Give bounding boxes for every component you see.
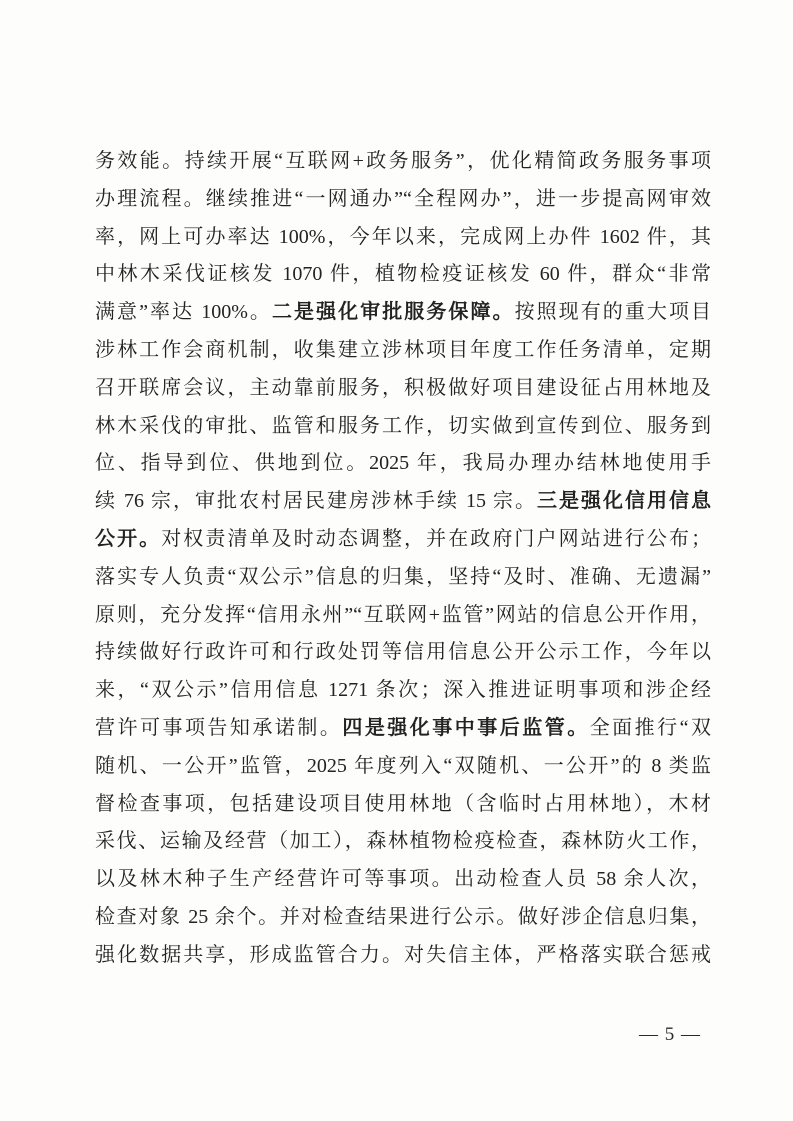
text-line: 公开。对权责清单及时动态调整，并在政府门户网站进行公布；: [95, 521, 711, 559]
text-line: 中林木采伐证核发 1070 件，植物检疫证核发 60 件，群众“非常: [95, 256, 711, 294]
text-segment: 随机、一公开”监管，2025 年度列入“双随机、一公开”的 8 类监: [95, 755, 711, 777]
text-segment: 落实专人负责“双公示”信息的归集，坚持“及时、准确、无遗漏”: [95, 566, 711, 588]
text-segment: 全面推行“双: [590, 717, 711, 739]
text-segment: 采伐、运输及经营（加工），森林植物检疫检查，森林防火工作，: [95, 830, 711, 852]
text-segment: 以及林木种子生产经营许可等事项。出动检查人员 58 余人次，: [95, 868, 711, 890]
text-line: 涉林工作会商机制，收集建立涉林项目年度工作任务清单，定期: [95, 332, 711, 370]
page-number: — 5 —: [639, 1022, 701, 1048]
bold-heading-segment: 四是强化事中事后监管。: [342, 717, 589, 739]
text-line: 持续做好行政许可和行政处罚等信用信息公开公示工作，今年以: [95, 634, 711, 672]
text-segment: 来，“双公示”信用信息 1271 条次；深入推进证明事项和涉企经: [95, 679, 711, 701]
text-segment: 涉林工作会商机制，收集建立涉林项目年度工作任务清单，定期: [95, 339, 711, 361]
text-line: 位、指导到位、供地到位。2025 年，我局办理办结林地使用手: [95, 445, 711, 483]
text-segment: 办理流程。继续推进“一网通办”“全程网办”，进一步提高网审效: [95, 188, 711, 210]
bold-heading-segment: 二是强化审批服务保障。: [272, 301, 515, 323]
text-segment: 中林木采伐证核发 1070 件，植物检疫证核发 60 件，群众“非常: [95, 263, 711, 285]
text-segment: 位、指导到位、供地到位。2025 年，我局办理办结林地使用手: [95, 452, 711, 474]
text-segment: 满意”率达 100%。: [95, 301, 272, 323]
document-body-text: 务效能。持续开展“互联网+政务服务”，优化精简政务服务事项办理流程。继续推进“一…: [95, 143, 711, 975]
text-line: 营许可事项告知承诺制。四是强化事中事后监管。全面推行“双: [95, 710, 711, 748]
text-line: 原则，充分发挥“信用永州”“互联网+监管”网站的信息公开作用，: [95, 597, 711, 635]
text-segment: 率，网上可办率达 100%，今年以来，完成网上办件 1602 件，其: [95, 226, 711, 248]
document-page: 务效能。持续开展“互联网+政务服务”，优化精简政务服务事项办理流程。继续推进“一…: [0, 0, 793, 1121]
text-line: 续 76 宗，审批农村居民建房涉林手续 15 宗。三是强化信用信息: [95, 483, 711, 521]
text-line: 采伐、运输及经营（加工），森林植物检疫检查，森林防火工作，: [95, 823, 711, 861]
text-line: 满意”率达 100%。二是强化审批服务保障。按照现有的重大项目: [95, 294, 711, 332]
text-segment: 营许可事项告知承诺制。: [95, 717, 342, 739]
text-segment: 按照现有的重大项目: [515, 301, 711, 323]
text-segment: 原则，充分发挥“信用永州”“互联网+监管”网站的信息公开作用，: [95, 604, 711, 626]
text-line: 以及林木种子生产经营许可等事项。出动检查人员 58 余人次，: [95, 861, 711, 899]
text-line: 随机、一公开”监管，2025 年度列入“双随机、一公开”的 8 类监: [95, 748, 711, 786]
text-line: 督检查事项，包括建设项目使用林地（含临时占用林地），木材: [95, 786, 711, 824]
text-segment: 续 76 宗，审批农村居民建房涉林手续 15 宗。: [95, 490, 537, 512]
text-line: 强化数据共享，形成监管合力。对失信主体，严格落实联合惩戒: [95, 937, 711, 975]
text-segment: 持续做好行政许可和行政处罚等信用信息公开公示工作，今年以: [95, 641, 711, 663]
text-line: 办理流程。继续推进“一网通办”“全程网办”，进一步提高网审效: [95, 181, 711, 219]
text-segment: 召开联席会议，主动靠前服务，积极做好项目建设征占用林地及: [95, 377, 711, 399]
text-line: 来，“双公示”信用信息 1271 条次；深入推进证明事项和涉企经: [95, 672, 711, 710]
text-segment: 督检查事项，包括建设项目使用林地（含临时占用林地），木材: [95, 793, 711, 815]
text-line: 林木采伐的审批、监管和服务工作，切实做到宣传到位、服务到: [95, 408, 711, 446]
text-line: 落实专人负责“双公示”信息的归集，坚持“及时、准确、无遗漏”: [95, 559, 711, 597]
text-segment: 林木采伐的审批、监管和服务工作，切实做到宣传到位、服务到: [95, 415, 711, 437]
text-line: 检查对象 25 余个。并对检查结果进行公示。做好涉企信息归集，: [95, 899, 711, 937]
text-line: 召开联席会议，主动靠前服务，积极做好项目建设征占用林地及: [95, 370, 711, 408]
text-segment: 强化数据共享，形成监管合力。对失信主体，严格落实联合惩戒: [95, 944, 711, 966]
text-segment: 检查对象 25 余个。并对检查结果进行公示。做好涉企信息归集，: [95, 906, 711, 928]
bold-heading-segment: 公开。: [95, 528, 161, 550]
text-line: 率，网上可办率达 100%，今年以来，完成网上办件 1602 件，其: [95, 219, 711, 257]
text-segment: 对权责清单及时动态调整，并在政府门户网站进行公布；: [161, 528, 711, 550]
bold-heading-segment: 三是强化信用信息: [537, 490, 711, 512]
text-line: 务效能。持续开展“互联网+政务服务”，优化精简政务服务事项: [95, 143, 711, 181]
text-segment: 务效能。持续开展“互联网+政务服务”，优化精简政务服务事项: [95, 150, 711, 172]
